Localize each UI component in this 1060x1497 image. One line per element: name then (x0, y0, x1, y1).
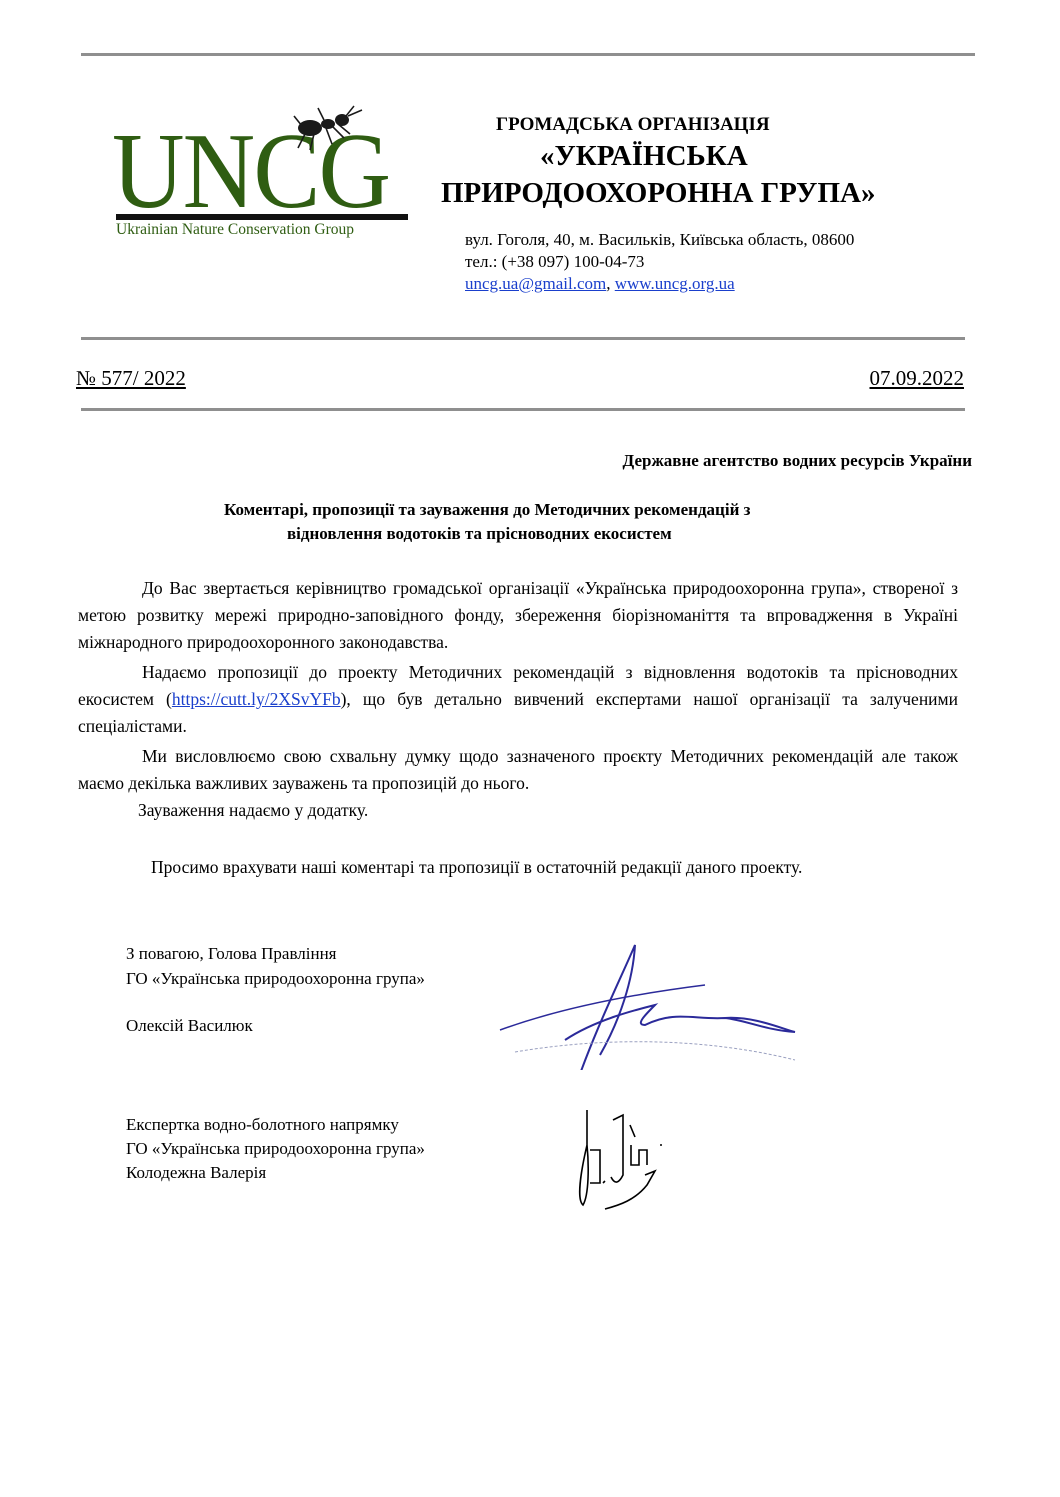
letter-number: № 577/ 2022 (76, 366, 186, 391)
top-rule (81, 53, 975, 56)
paragraph-opinion-text: Ми висловлюємо свою схвальну думку щодо … (78, 746, 958, 793)
signature-1-title: З повагою, Голова Правління (126, 941, 425, 966)
logo-bar (116, 214, 408, 220)
paragraph-attachment: Зауваження надаємо у додатку. (138, 800, 368, 821)
handwritten-signature-1 (495, 940, 800, 1070)
paragraph-request: Просимо врахувати наші коментарі та проп… (151, 857, 802, 878)
org-name-line2: ПРИРОДООХОРОННА ГРУПА» (441, 177, 875, 210)
org-address: вул. Гоголя, 40, м. Васильків, Київська … (465, 230, 854, 250)
handwritten-signature-2 (575, 1105, 695, 1210)
paragraph-opinion: Ми висловлюємо свою схвальну думку щодо … (78, 743, 958, 797)
subject-line2: відновлення водотоків та прісноводних ек… (287, 524, 672, 544)
email-link[interactable]: uncg.ua@gmail.com (465, 274, 606, 293)
signature-block-2: Експертка водно-болотного напрямку ГО «У… (126, 1113, 425, 1185)
signature-2-org: ГО «Українська природоохоронна група» (126, 1137, 425, 1161)
org-name-line1: «УКРАЇНСЬКА (540, 140, 748, 173)
contacts-separator: , (606, 274, 615, 293)
subject-line1: Коментарі, пропозиції та зауваження до М… (224, 500, 750, 520)
paragraph-intro-text: До Вас звертається керівництво громадськ… (78, 578, 958, 652)
signature-1-name: Олексій Василюк (126, 1013, 425, 1038)
signature-1-org: ГО «Українська природоохоронна група» (126, 966, 425, 991)
ant-icon (288, 104, 368, 152)
signature-block-1: З повагою, Голова Правління ГО «Українсь… (126, 941, 425, 1038)
org-phone: тел.: (+38 097) 100-04-73 (465, 252, 644, 272)
org-contacts: uncg.ua@gmail.com, www.uncg.org.ua (465, 274, 735, 294)
signature-2-title: Експертка водно-болотного напрямку (126, 1113, 425, 1137)
draft-link[interactable]: https://cutt.ly/2XSvYFb (172, 689, 341, 709)
paragraph-proposal: Надаємо пропозиції до проекту Методичних… (78, 659, 958, 740)
reference-rule (81, 408, 965, 411)
signature-2-name: Колодежна Валерія (126, 1161, 425, 1185)
website-link[interactable]: www.uncg.org.ua (615, 274, 735, 293)
letter-date: 07.09.2022 (870, 366, 965, 391)
paragraph-intro: До Вас звертається керівництво громадськ… (78, 575, 958, 656)
header-rule (81, 337, 965, 340)
org-type: ГРОМАДСЬКА ОРГАНІЗАЦІЯ (496, 114, 770, 136)
recipient: Державне агентство водних ресурсів Украї… (623, 451, 972, 471)
logo-subtitle: Ukrainian Nature Conservation Group (116, 221, 354, 239)
